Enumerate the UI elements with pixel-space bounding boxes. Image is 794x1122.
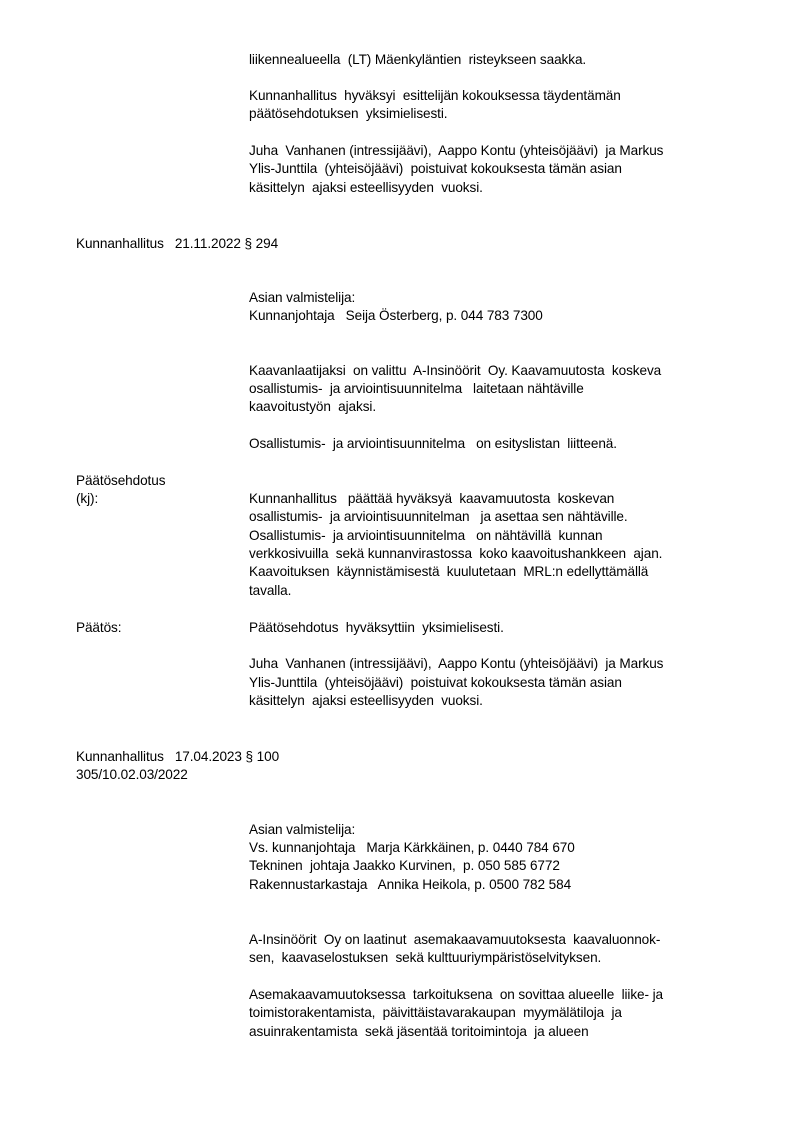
text-line: A-Insinöörit Oy on laatinut asemakaavamu…	[249, 931, 660, 949]
preparer: Vs. kunnanjohtaja Marja Kärkkäinen, p. 0…	[249, 839, 575, 857]
text-line: Juha Vanhanen (intressijäävi), Aappo Kon…	[249, 142, 663, 160]
proposal-label: Päätösehdotus	[76, 472, 165, 490]
text-line: asuinrakentamista sekä jäsentää toritoim…	[249, 1023, 589, 1041]
text-line: Kaavanlaatijaksi on valittu A-Insinöörit…	[249, 362, 661, 380]
text-line: Kunnanhallitus hyväksyi esittelijän koko…	[249, 87, 621, 105]
proposal-text: Osallistumis- ja arviointisuunnitelma on…	[249, 527, 602, 545]
preparer: Tekninen johtaja Jaakko Kurvinen, p. 050…	[249, 857, 560, 875]
proposal-text: tavalla.	[249, 582, 291, 600]
meeting-header: Kunnanhallitus 17.04.2023 § 100	[76, 748, 279, 766]
text-line: sen, kaavaselostuksen sekä kulttuuriympä…	[249, 949, 601, 967]
preparer-label: Asian valmistelija:	[249, 289, 355, 307]
preparer-label: Asian valmistelija:	[249, 821, 355, 839]
meeting-header: Kunnanhallitus 21.11.2022 § 294	[76, 235, 278, 253]
text-line: liikennealueella (LT) Mäenkyläntien rist…	[249, 51, 586, 69]
preparer: Rakennustarkastaja Annika Heikola, p. 05…	[249, 876, 571, 894]
reference-number: 305/10.02.03/2022	[76, 766, 188, 784]
text-line: Ylis-Junttila (yhteisöjäävi) poistuivat …	[249, 160, 622, 178]
text-line: Osallistumis- ja arviointisuunnitelma on…	[249, 435, 617, 453]
text-line: kaavoitustyön ajaksi.	[249, 398, 376, 416]
proposal-label: (kj):	[76, 490, 98, 508]
decision-label: Päätös:	[76, 619, 121, 637]
proposal-text: verkkosivuilla sekä kunnanvirastossa kok…	[249, 545, 662, 563]
decision-text: Päätösehdotus hyväksyttiin yksimielisest…	[249, 619, 504, 637]
text-line: Ylis-Junttila (yhteisöjäävi) poistuivat …	[249, 674, 622, 692]
preparer: Kunnanjohtaja Seija Österberg, p. 044 78…	[249, 307, 543, 325]
text-line: toimistorakentamista, päivittäistavaraka…	[249, 1004, 622, 1022]
text-line: Asemakaavamuutoksessa tarkoituksena on s…	[249, 986, 663, 1004]
text-line: käsittelyn ajaksi esteellisyyden vuoksi.	[249, 692, 483, 710]
text-line: osallistumis- ja arviointisuunnitelma la…	[249, 380, 584, 398]
proposal-text: Kunnanhallitus päättää hyväksyä kaavamuu…	[249, 490, 614, 508]
proposal-text: osallistumis- ja arviointisuunnitelman j…	[249, 508, 628, 526]
text-line: Juha Vanhanen (intressijäävi), Aappo Kon…	[249, 655, 663, 673]
proposal-text: Kaavoituksen käynnistämisestä kuulutetaa…	[249, 563, 648, 581]
text-line: päätösehdotuksen yksimielisesti.	[249, 105, 447, 123]
text-line: käsittelyn ajaksi esteellisyyden vuoksi.	[249, 179, 483, 197]
